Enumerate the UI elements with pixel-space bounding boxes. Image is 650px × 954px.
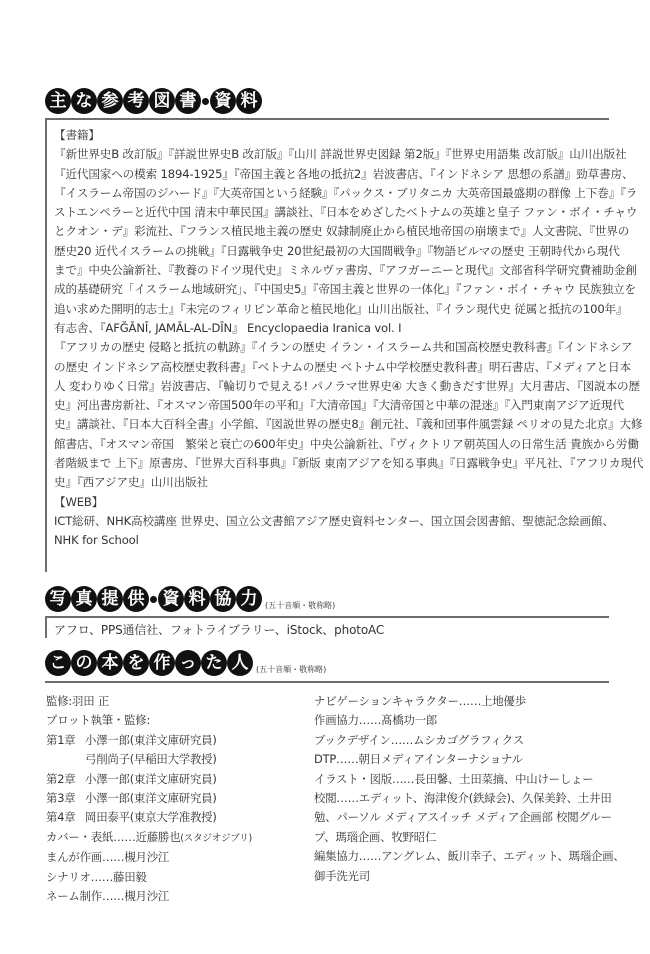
middle-dot-icon — [150, 596, 157, 603]
chapter-author: 岡田泰平(東京大学准教授) — [85, 810, 217, 824]
heading-char: 図 — [149, 88, 175, 114]
credit-line: ナビゲーションキャラクター……上地優歩 — [314, 692, 625, 711]
books-line: 史』『西アジア史』山川出版社 — [54, 473, 609, 492]
credit-line: 校閲……エディット、海津俊介(鉄緑会)、久保美鈴、土井田 — [314, 789, 625, 808]
books-line: の歴史 インドネシア高校歴史教科書』『ベトナムの歴史 ベトナム中学校歴史教科書』… — [54, 358, 609, 377]
books-line: まで』中央公論新社、『教養のドイツ現代史』ミネルヴァ書房、『アフガーニーと現代』… — [54, 261, 609, 280]
chapter-author: 小澤一郎(東洋文庫研究員) — [85, 791, 217, 805]
chapter-author: 小澤一郎(東洋文庫研究員) — [85, 733, 217, 747]
plot-label: プロット執筆・監修: — [46, 711, 252, 730]
credit-line: プ、瑪瑙企画、牧野昭仁 — [314, 828, 625, 847]
chapter-list: 第1章小澤一郎(東洋文庫研究員)弓削尚子(早稲田大学教授)第2章小澤一郎(東洋文… — [46, 731, 252, 828]
heading-char: 力 — [236, 586, 262, 612]
web-list: ICT総研、NHK高校講座 世界史、国立公文書館アジア歴史資料センター、国立国会… — [54, 512, 609, 551]
chapter-number: 第4章 — [46, 808, 85, 827]
chapter-number: 第2章 — [46, 770, 85, 789]
credits-left-column: 監修:羽田 正 プロット執筆・監修: 第1章小澤一郎(東洋文庫研究員)弓削尚子(… — [46, 692, 252, 906]
credit-line: 編集協力……アングレム、飯川幸子、エディット、瑪瑙企画、 — [314, 847, 625, 866]
manga-credit: まんが作画……槻月沙江 — [46, 848, 252, 867]
books-line: 『アフリカの歴史 侵略と抵抗の軌跡』『イランの歴史 イラン・イスラーム共和国高校… — [54, 338, 609, 357]
credits-right-column: ナビゲーションキャラクター……上地優歩作画協力……髙橋功一郎ブックデザイン……ム… — [314, 692, 625, 886]
books-line: ストエンペラーと近代中国 清末中華民国』講談社、『日本をめざしたベトナムの英雄と… — [54, 203, 609, 222]
references-heading: 主な参考図書資料 — [45, 88, 262, 114]
chapter-credit: 第3章小澤一郎(東洋文庫研究員) — [46, 789, 252, 808]
heading-char: 供 — [123, 586, 149, 612]
books-line: 『新世界史B 改訂版』『詳説世界史B 改訂版』『山川 詳説世界史図録 第2版』『… — [54, 145, 609, 164]
books-line: とクオン・デ』彩流社、『フランス植民地主義の歴史 奴隷制廃止から植民地帝国の崩壊… — [54, 222, 609, 241]
books-line: 者階級まで 上下』原書房、『世界大百科事典』『新版 東南アジアを知る事典』『日露… — [54, 454, 609, 473]
heading-title: 写真提供資料協力 — [45, 586, 262, 612]
photo-credits-heading: 写真提供資料協力(五十音順・敬称略) — [45, 586, 335, 612]
heading-char: な — [71, 88, 97, 114]
heading-char: 考 — [123, 88, 149, 114]
heading-char: 協 — [210, 586, 236, 612]
credit-line: 御手洗光司 — [314, 867, 625, 886]
photo-credits-text: アフロ、PPS通信社、フォトライブラリー、iStock、photoAC — [54, 621, 609, 640]
books-line: 『近代国家への模索 1894-1925』『帝国主義と各地の抵抗2』岩波書店、『イ… — [54, 165, 609, 184]
books-line: 人 変わりゆく日常』岩波書店、『輪切りで見える! パノラマ世界史④ 大きく動きだ… — [54, 377, 609, 396]
heading-title: 主な参考図書資料 — [45, 88, 262, 114]
web-line: ICT総研、NHK高校講座 世界史、国立公文書館アジア歴史資料センター、国立国会… — [54, 512, 609, 531]
middle-dot-icon — [202, 98, 209, 105]
heading-note: (五十音順・敬称略) — [265, 600, 335, 611]
credit-line: 作画協力……髙橋功一郎 — [314, 711, 625, 730]
heading-char: っ — [175, 650, 201, 676]
heading-char: 参 — [97, 88, 123, 114]
staff-credits-heading: この本を作った人(五十音順・敬称略) — [45, 650, 326, 676]
chapter-credit: 第4章岡田泰平(東京大学准教授) — [46, 808, 252, 827]
heading-char: 資 — [210, 88, 236, 114]
heading-char: た — [201, 650, 227, 676]
books-label: 【書籍】 — [54, 126, 609, 145]
credit-line: 勉、パーソル メディアスイッチ メディア企画部 校閲グルー — [314, 808, 625, 827]
chapter-author: 弓削尚子(早稲田大学教授) — [85, 752, 217, 766]
books-line: 歴史20 近代イスラームの挑戦』『日露戦争史 20世紀最初の大国間戦争』『物語ビ… — [54, 242, 609, 261]
books-line: 『イスラーム帝国のジハード』『大英帝国という経験』『パックス・ブリタニカ 大英帝… — [54, 184, 609, 203]
heading-char: 作 — [149, 650, 175, 676]
supervision: 監修:羽田 正 — [46, 692, 252, 711]
heading-char: 料 — [236, 88, 262, 114]
heading-char: 資 — [158, 586, 184, 612]
heading-char: 真 — [71, 586, 97, 612]
heading-char: こ — [45, 650, 71, 676]
heading-title: この本を作った人 — [45, 650, 253, 676]
scenario-credit: シナリオ……藤田毅 — [46, 868, 252, 887]
heading-char: 本 — [97, 650, 123, 676]
heading-char: 書 — [175, 88, 201, 114]
books-line: 館書店、『オスマン帝国 繁栄と衰亡の600年史』中央公論新社、『ヴィクトリア朝英… — [54, 435, 609, 454]
chapter-author: 小澤一郎(東洋文庫研究員) — [85, 772, 217, 786]
staff-credits-rule — [45, 681, 609, 683]
chapter-number: 第3章 — [46, 789, 85, 808]
web-label: 【WEB】 — [54, 493, 609, 512]
books-line: 成的基礎研究「イスラーム地域研究」、『中国史5』『帝国主義と世界の一体化』『ファ… — [54, 280, 609, 299]
chapter-number: 第1章 — [46, 731, 85, 750]
books-list: 『新世界史B 改訂版』『詳説世界史B 改訂版』『山川 詳説世界史図録 第2版』『… — [54, 145, 609, 492]
heading-char: の — [71, 650, 97, 676]
references-box: 【書籍】 『新世界史B 改訂版』『詳説世界史B 改訂版』『山川 詳説世界史図録 … — [45, 118, 609, 572]
heading-char: 提 — [97, 586, 123, 612]
books-line: 史』河出書房新社、『オスマン帝国500年の平和』『大清帝国』『大清帝国と中華の混… — [54, 396, 609, 415]
heading-note: (五十音順・敬称略) — [256, 664, 326, 675]
books-line: 有志舎、『AFĞĀNĪ, JAMĀL-AL-DĪN』 Encyclopaedia… — [54, 319, 609, 338]
heading-char: 料 — [184, 586, 210, 612]
books-line: 史』講談社、『日本大百科全書』小学館、『図説世界の歴史8』創元社、『義和団事件風… — [54, 415, 609, 434]
credit-line: イラスト・図版……長田馨、土田菜摘、中山けーしょー — [314, 770, 625, 789]
heading-char: 写 — [45, 586, 71, 612]
credit-line: DTP……朝日メディアインターナショナル — [314, 750, 625, 769]
cover-credit: カバー・表紙……近藤勝也(スタジオジブリ) — [46, 828, 252, 848]
chapter-credit: 弓削尚子(早稲田大学教授) — [46, 750, 252, 769]
web-line: NHK for School — [54, 531, 609, 550]
heading-char: を — [123, 650, 149, 676]
heading-char: 主 — [45, 88, 71, 114]
chapter-credit: 第2章小澤一郎(東洋文庫研究員) — [46, 770, 252, 789]
chapter-credit: 第1章小澤一郎(東洋文庫研究員) — [46, 731, 252, 750]
books-line: 追い求めた開明的志士』『未完のフィリピン革命と植民地化』山川出版社、『イラン現代… — [54, 300, 609, 319]
heading-char: 人 — [227, 650, 253, 676]
name-production-credit: ネーム制作……槻月沙江 — [46, 887, 252, 906]
credit-line: ブックデザイン……ムシカゴグラフィクス — [314, 731, 625, 750]
photo-credits-box: アフロ、PPS通信社、フォトライブラリー、iStock、photoAC — [45, 616, 609, 638]
